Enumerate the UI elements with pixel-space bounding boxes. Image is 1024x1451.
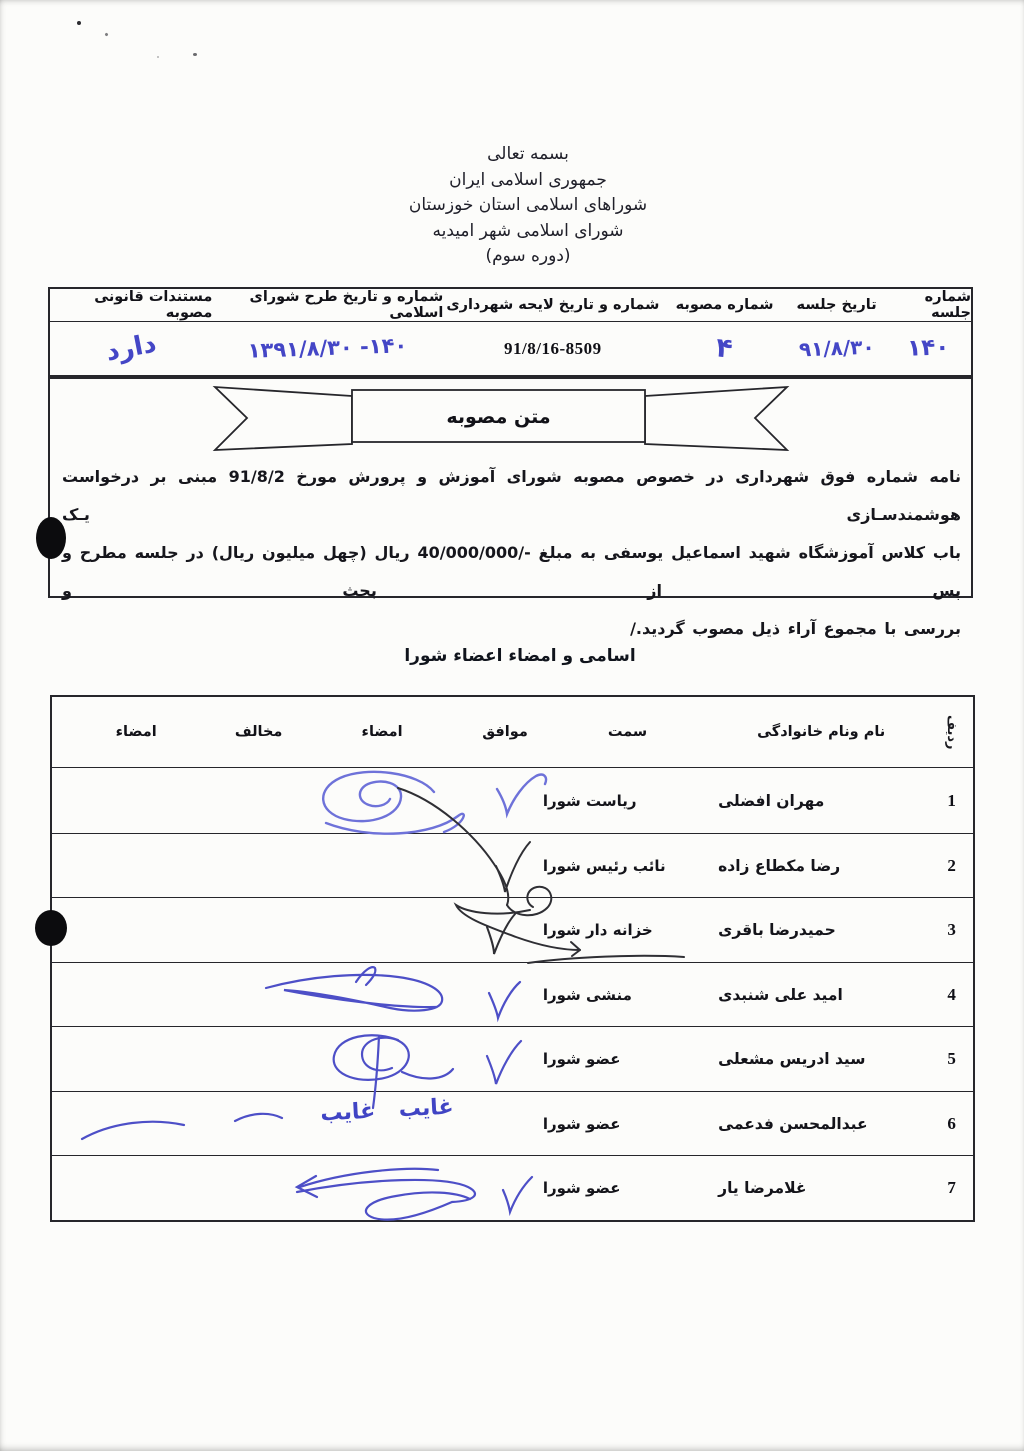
meta-value-session-no: ۱۴۰: [885, 321, 971, 377]
signature2-cell: [52, 897, 220, 962]
header-oppose: مخالف: [220, 697, 297, 768]
col-member-position: سمت ریاست شورا نائب رئیس شورا خزانه دار …: [543, 697, 712, 1220]
col-signature-2: امضاء: [52, 697, 220, 1220]
header-member-position: سمت: [543, 697, 712, 768]
meta-value-municipal-bill: 91/8/16-8509: [443, 322, 662, 375]
member-position: عضو شورا: [543, 1155, 712, 1220]
row-no: 2: [930, 833, 973, 898]
signature2-cell: [52, 768, 220, 833]
agree-cell: [467, 768, 543, 833]
col-agree: موافق: [467, 697, 543, 1220]
members-table: ردیف 1 2 3 4 5 6 7 نام ونام خانوادگی مهر…: [50, 695, 975, 1222]
row-no: 3: [930, 897, 973, 962]
meta-header-municipal-bill: شماره و تاریخ لایحه شهرداری: [443, 289, 662, 322]
agree-cell: [467, 1026, 543, 1091]
oppose-cell: [220, 962, 297, 1027]
col-signature: امضاء: [297, 697, 467, 1220]
letterhead-city-council: شورای اسلامی شهر امیدیه: [0, 219, 1024, 245]
member-position: نائب رئیس شورا: [543, 833, 712, 898]
signature2-cell: [52, 1026, 220, 1091]
letterhead-term: (دوره سوم): [0, 244, 1024, 270]
row-no: 4: [930, 962, 973, 1027]
header-agree: موافق: [467, 697, 543, 768]
member-position: منشی شورا: [543, 962, 712, 1027]
col-row-no: ردیف 1 2 3 4 5 6 7: [930, 697, 973, 1220]
header-signature: امضاء: [297, 697, 467, 768]
scanned-council-resolution: بسمه تعالی جمهوری اسلامی ایران شوراهای ا…: [0, 0, 1024, 1451]
signature-cell: [297, 1026, 467, 1091]
scan-speck: [77, 21, 81, 25]
member-position: ریاست شورا: [543, 768, 712, 833]
signature2-cell: [52, 1155, 220, 1220]
agree-cell: [467, 962, 543, 1027]
scan-speck: [104, 32, 108, 36]
meta-value-session-date: ۹۱/۸/۳۰: [786, 321, 887, 377]
meta-col-session-no: شماره جلسه ۱۴۰: [886, 289, 971, 375]
oppose-cell: [220, 768, 297, 833]
resolution-meta-table: شماره جلسه ۱۴۰ تاریخ جلسه ۹۱/۸/۳۰ شماره …: [48, 287, 973, 377]
signature2-cell: [52, 833, 220, 898]
meta-header-council-plan: شماره و تاریخ طرح شورای اسلامی: [212, 289, 443, 322]
signature2-cell: [52, 1091, 220, 1156]
members-section-title: اسامی و امضاء اعضاء شورا: [0, 646, 1024, 666]
signature-cell: [297, 768, 467, 833]
oppose-cell: [220, 897, 297, 962]
oppose-cell: [220, 1091, 297, 1156]
agree-cell: [467, 897, 543, 962]
agree-cell: [467, 833, 543, 898]
meta-header-session-no: شماره جلسه: [886, 289, 971, 322]
member-name: سید ادریس مشعلی: [712, 1026, 930, 1091]
letterhead-country: جمهوری اسلامی ایران: [0, 168, 1024, 194]
scan-speck: [193, 53, 197, 56]
signature-cell: [297, 962, 467, 1027]
row-no: 1: [930, 768, 973, 833]
row-no: 5: [930, 1026, 973, 1091]
meta-header-session-date: تاریخ جلسه: [787, 289, 887, 322]
meta-value-resolution-no: ۴: [660, 316, 789, 381]
signature-cell: [297, 1155, 467, 1220]
resolution-text-line1: نامه شماره فوق شهرداری در خصوص مصوبه شور…: [62, 458, 961, 534]
resolution-text: نامه شماره فوق شهرداری در خصوص مصوبه شور…: [62, 458, 961, 648]
meta-col-session-date: تاریخ جلسه ۹۱/۸/۳۰: [787, 289, 887, 375]
header-row-no: ردیف: [930, 697, 973, 768]
meta-col-resolution-no: شماره مصوبه ۴: [662, 289, 786, 375]
oppose-cell: [220, 833, 297, 898]
letterhead: بسمه تعالی جمهوری اسلامی ایران شوراهای ا…: [0, 142, 1024, 270]
signature-cell: [297, 897, 467, 962]
resolution-banner-title: متن مصوبه: [352, 394, 645, 440]
col-member-name: نام ونام خانوادگی مهران افضلی رضا مکطاع …: [712, 697, 930, 1220]
member-name: غلامرضا یار: [712, 1155, 930, 1220]
member-position: عضو شورا: [543, 1091, 712, 1156]
header-member-name: نام ونام خانوادگی: [712, 697, 930, 768]
signature-cell: [297, 833, 467, 898]
row-no: 6: [930, 1091, 973, 1156]
row-no: 7: [930, 1155, 973, 1220]
header-row-no-label: ردیف: [944, 715, 959, 750]
resolution-text-line2: باب کلاس آموزشگاه شهید اسماعیل یوسفی به …: [62, 534, 961, 610]
resolution-text-line3: بررسی با مجموع آراء ذیل مصوب گردید./: [295, 610, 961, 648]
letterhead-province-councils: شوراهای اسلامی استان خوزستان: [0, 193, 1024, 219]
meta-col-council-plan: شماره و تاریخ طرح شورای اسلامی ۱۳۹۱/۸/۳۰…: [212, 289, 443, 375]
signature2-cell: [52, 962, 220, 1027]
member-name: امید علی شنبدی: [712, 962, 930, 1027]
member-name: مهران افضلی: [712, 768, 930, 833]
member-name: عبدالمحسن فدعمی: [712, 1091, 930, 1156]
oppose-cell: [220, 1026, 297, 1091]
agree-cell: [467, 1155, 543, 1220]
member-position: عضو شورا: [543, 1026, 712, 1091]
meta-value-council-plan: ۱۳۹۱/۸/۳۰ -۱۴۰: [211, 318, 444, 379]
oppose-cell: [220, 1155, 297, 1220]
letterhead-basmala: بسمه تعالی: [0, 142, 1024, 168]
meta-col-municipal-bill: شماره و تاریخ لایحه شهرداری 91/8/16-8509: [443, 289, 662, 375]
scan-speck: [157, 56, 159, 58]
col-oppose: مخالف: [220, 697, 297, 1220]
meta-col-legal-docs: مستندات قانونی مصوبه دارد: [50, 289, 212, 375]
member-name: رضا مکطاع زاده: [712, 833, 930, 898]
member-position: خزانه دار شورا: [543, 897, 712, 962]
header-signature-2: امضاء: [52, 697, 220, 768]
member-name: حمیدرضا باقری: [712, 897, 930, 962]
